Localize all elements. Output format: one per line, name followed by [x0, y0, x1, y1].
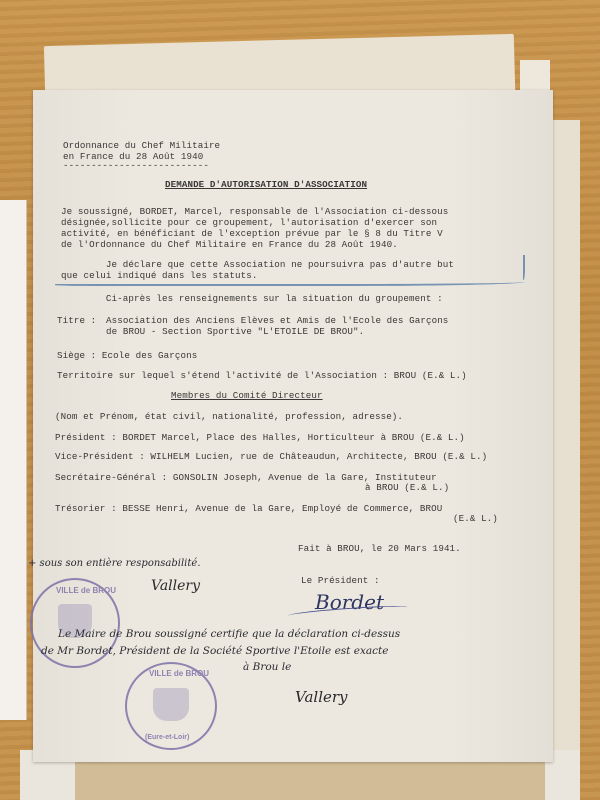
coat-of-arms-icon — [153, 688, 188, 722]
header-line-1: Ordonnance du Chef Militaire — [63, 140, 220, 151]
membres-heading: Membres du Comité Directeur — [171, 390, 323, 401]
president-label: Le Président : — [301, 575, 380, 586]
stamp-label-bottom: (Eure-et-Loir) — [145, 734, 189, 741]
mayor-certification-line-1: Le Maire de Brou soussigné certifie que … — [58, 628, 400, 640]
left-page-edge — [0, 200, 27, 720]
member-tresorier-line-2: (E.& L.) — [453, 513, 498, 524]
intro-line-2: désignée,sollicite pour ce groupement, l… — [61, 217, 437, 228]
siege: Siège : Ecole des Garçons — [57, 350, 197, 361]
titre-line-2: de BROU - Section Sportive "L'ETOILE DE … — [106, 326, 364, 337]
town-stamp-eure-et-loir: VILLE de BROU (Eure-et-Loir) — [125, 662, 217, 750]
mayor-signature-2: Vallery — [295, 688, 348, 706]
intro-line-3: activité, en bénéficiant de l'exception … — [61, 228, 443, 239]
blue-pencil-mark — [55, 276, 525, 286]
member-vice-president: Vice-Président : WILHELM Lucien, rue de … — [55, 451, 487, 462]
titre-label: Titre : — [57, 315, 96, 326]
stamp-label: VILLE de BROU — [56, 586, 116, 595]
situation-intro: Ci-après les renseignements sur la situa… — [61, 293, 443, 304]
member-president: Président : BORDET Marcel, Place des Hal… — [55, 432, 465, 443]
mayor-certification-line-2: de Mr Bordet, Président de la Société Sp… — [41, 645, 388, 657]
declaration-line-1: Je déclare que cette Association ne pour… — [61, 259, 454, 270]
blue-pencil-mark — [521, 255, 525, 280]
territoire: Territoire sur lequel s'étend l'activité… — [57, 370, 467, 381]
membres-subheading: (Nom et Prénom, état civil, nationalité,… — [55, 411, 403, 422]
document-page: Ordonnance du Chef Militaire en France d… — [33, 90, 553, 762]
intro-line-4: de l'Ordonnance du Chef Militaire en Fra… — [61, 239, 398, 250]
mayor-certification-line-3: à Brou le — [243, 661, 291, 673]
document-title: DEMANDE D'AUTORISATION D'ASSOCIATION — [165, 179, 367, 190]
intro-line-1: Je soussigné, BORDET, Marcel, responsabl… — [61, 206, 448, 217]
mayor-signature-1: Vallery — [151, 578, 200, 594]
handwritten-note: + sous son entière responsabilité. — [28, 558, 201, 569]
titre-line-1: Association des Anciens Elèves et Amis d… — [106, 315, 448, 326]
stamp-label: VILLE de BROU — [149, 669, 209, 678]
fait-a-brou-date: Fait à BROU, le 20 Mars 1941. — [298, 543, 461, 554]
member-secretaire-line-2: à BROU (E.& L.) — [365, 482, 449, 493]
header-rule: -------------------------- — [63, 160, 209, 171]
member-tresorier: Trésorier : BESSE Henri, Avenue de la Ga… — [55, 503, 442, 514]
